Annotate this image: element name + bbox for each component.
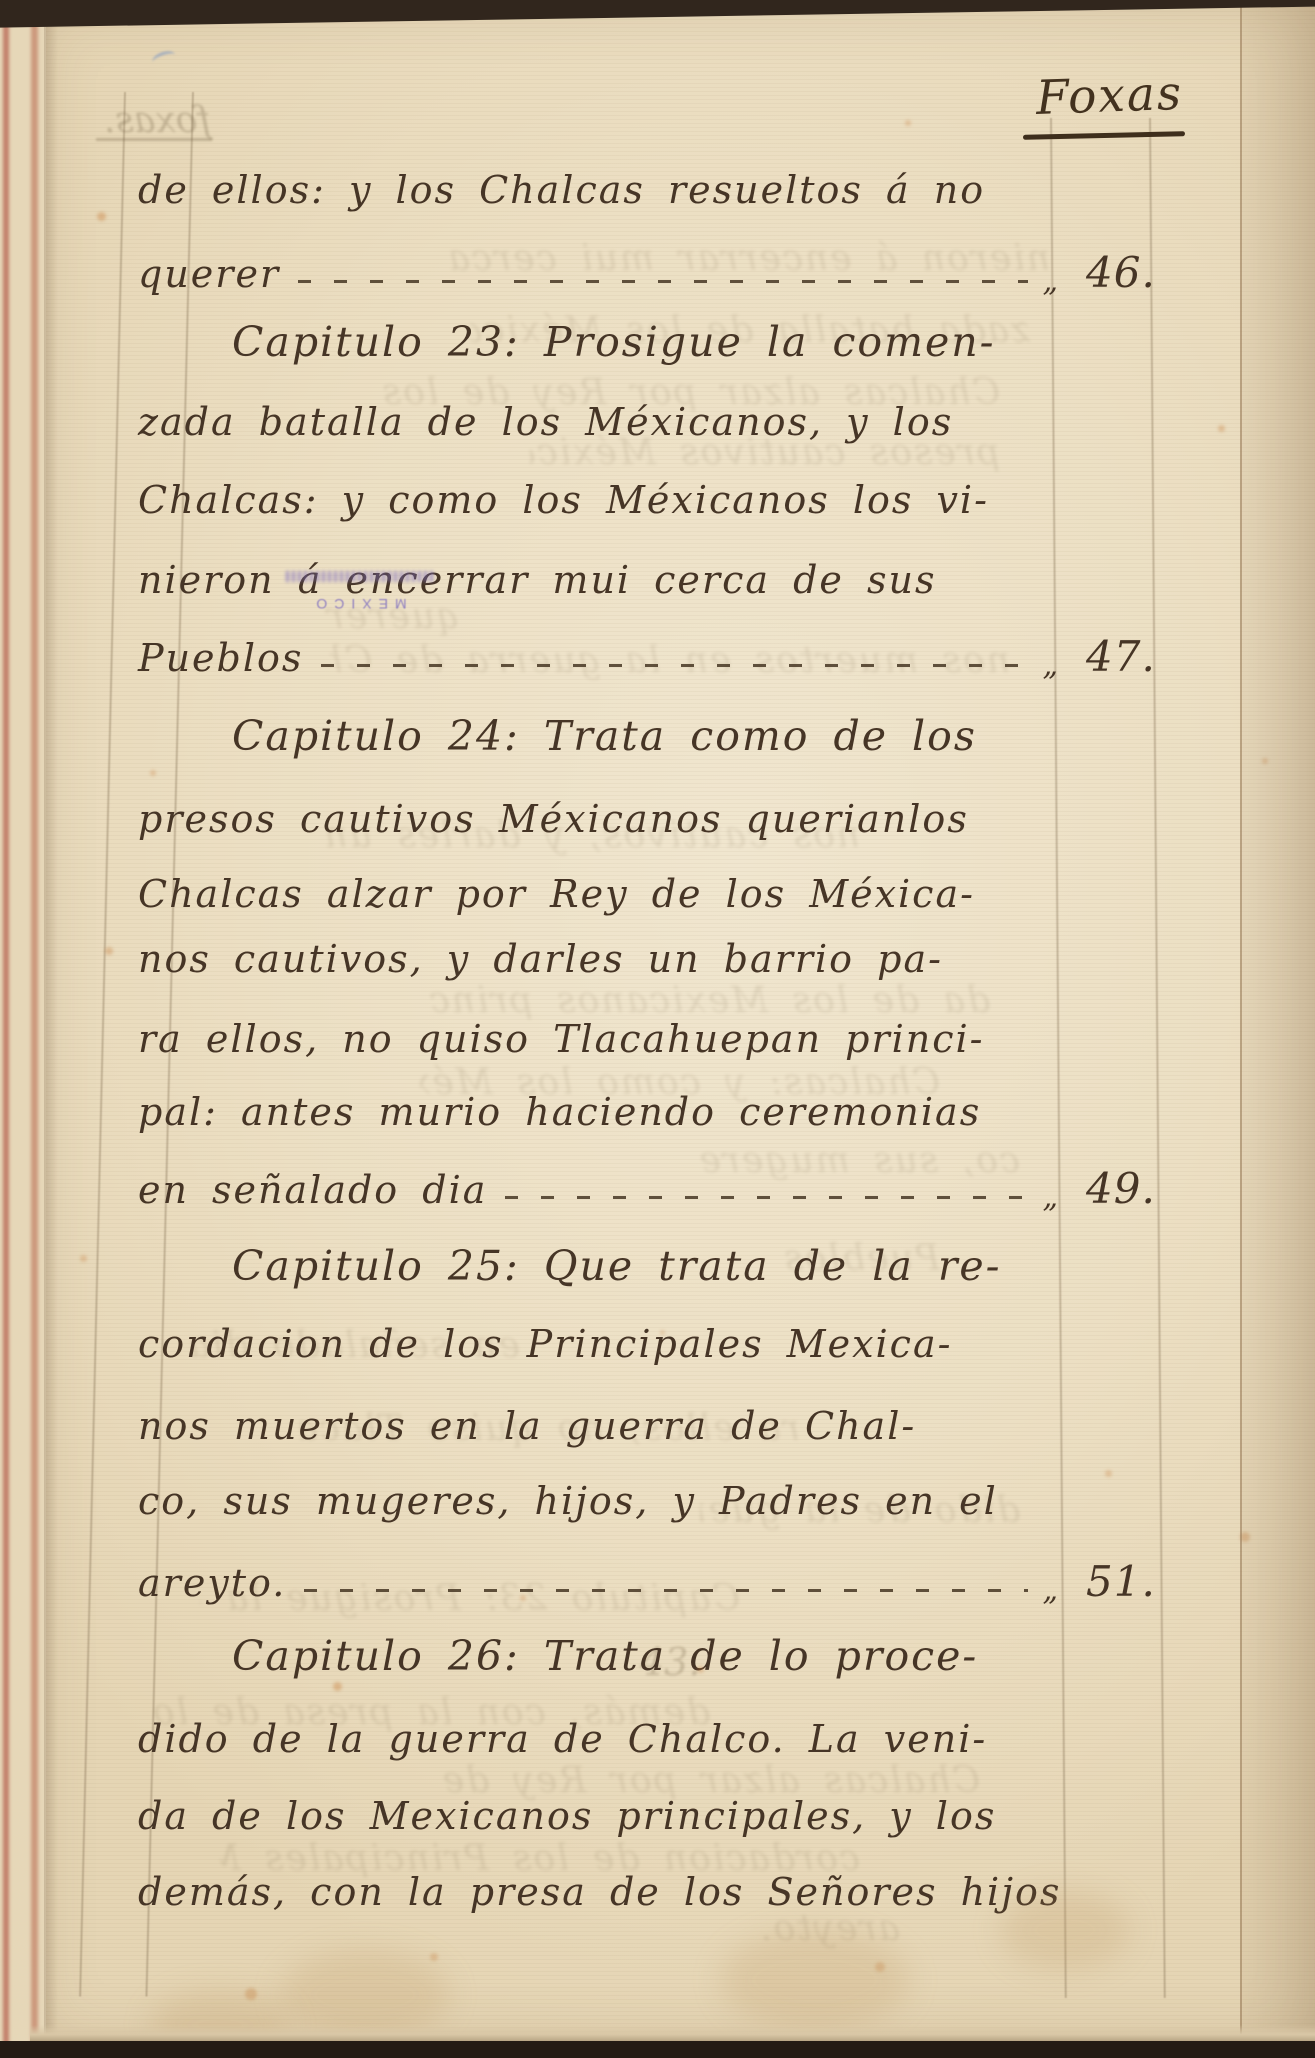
binding-bottom-band bbox=[0, 2041, 1315, 2058]
leader-end-mark: „ bbox=[1042, 1573, 1060, 1608]
toc-text-line: presos cautivos Méxicanos querianlos bbox=[138, 797, 1160, 841]
toc-text-line: pal: antes murio haciendo ceremonias bbox=[138, 1090, 1160, 1134]
toc-text-line: Pueblos„47. bbox=[138, 632, 1160, 681]
folio-number: 46. bbox=[1086, 248, 1160, 297]
line-text: Capitulo 23: Prosigue la comen- bbox=[232, 318, 996, 366]
line-text: presos cautivos Méxicanos querianlos bbox=[138, 797, 969, 841]
toc-text-line: querer„46. bbox=[138, 248, 1160, 297]
line-text: nos cautivos, y darles un barrio pa- bbox=[138, 937, 943, 981]
line-text: nieron á encerrar mui cerca de sus bbox=[138, 558, 936, 602]
folio-number: 51. bbox=[1086, 1557, 1160, 1606]
line-text: Chalcas: y como los Méxicanos los vi- bbox=[138, 478, 989, 522]
toc-text-line: zada batalla de los Méxicanos, y los bbox=[138, 400, 1160, 444]
chapter-heading-line: Capitulo 26: Trata de lo proce- bbox=[138, 1632, 1160, 1680]
line-text: querer bbox=[138, 252, 280, 296]
leader-end-mark: „ bbox=[1042, 1180, 1060, 1215]
line-text: ra ellos, no quiso Tlacahuepan princi- bbox=[138, 1017, 985, 1061]
page-fore-edge bbox=[1240, 4, 1315, 2044]
toc-text-line: areyto.„51. bbox=[138, 1557, 1160, 1606]
toc-text-line: nos muertos en la guerra de Chal- bbox=[138, 1404, 1160, 1448]
chapter-heading-line: Capitulo 25: Que trata de la re- bbox=[138, 1242, 1160, 1290]
line-text: Capitulo 26: Trata de lo proce- bbox=[232, 1632, 978, 1680]
line-text: de ellos: y los Chalcas resueltos á no bbox=[138, 168, 985, 212]
toc-text-line: da de los Mexicanos principales, y los bbox=[138, 1794, 1160, 1838]
dotted-leader bbox=[321, 664, 1028, 667]
line-text: Pueblos bbox=[138, 636, 303, 680]
leader-end-mark: „ bbox=[1042, 264, 1060, 299]
red-edge-streak bbox=[31, 0, 38, 2058]
line-text: zada batalla de los Méxicanos, y los bbox=[138, 400, 953, 444]
stamp-illegible-line bbox=[283, 571, 433, 582]
folio-number: 47. bbox=[1086, 632, 1160, 681]
toc-text-line: cordacion de los Principales Mexica- bbox=[138, 1322, 1160, 1366]
leader-end-mark: „ bbox=[1042, 648, 1060, 683]
stamp-word: MEXICO bbox=[278, 596, 438, 612]
chapter-heading-line: Capitulo 23: Prosigue la comen- bbox=[138, 318, 1160, 366]
line-text: demás, con la presa de los Señores hijos bbox=[138, 1870, 1061, 1914]
line-text: da de los Mexicanos principales, y los bbox=[138, 1794, 996, 1838]
manuscript-page-scan: foxas. nieron á encerrar mui cerca de su… bbox=[0, 0, 1315, 2058]
dotted-leader bbox=[304, 1589, 1028, 1592]
toc-text-line: ra ellos, no quiso Tlacahuepan princi- bbox=[138, 1017, 1160, 1061]
table-of-contents-lines: de ellos: y los Chalcas resueltos á noqu… bbox=[138, 0, 1160, 2058]
line-text: Chalcas alzar por Rey de los Méxica- bbox=[138, 872, 975, 916]
line-text: en señalado dia bbox=[138, 1168, 487, 1212]
toc-text-line: Chalcas alzar por Rey de los Méxica- bbox=[138, 872, 1160, 916]
toc-text-line: co, sus mugeres, hijos, y Padres en el bbox=[138, 1479, 1160, 1523]
folio-number: 49. bbox=[1086, 1164, 1160, 1213]
archive-stamp: MEXICO bbox=[278, 540, 438, 618]
toc-text-line: demás, con la presa de los Señores hijos bbox=[138, 1870, 1160, 1914]
line-text: areyto. bbox=[138, 1561, 286, 1605]
toc-text-line: nos cautivos, y darles un barrio pa- bbox=[138, 937, 1160, 981]
toc-text-line: dido de la guerra de Chalco. La veni- bbox=[138, 1717, 1160, 1761]
red-edge-streak bbox=[3, 0, 9, 2058]
toc-text-line: Chalcas: y como los Méxicanos los vi- bbox=[138, 478, 1160, 522]
dotted-leader bbox=[505, 1196, 1028, 1199]
toc-text-line: en señalado dia„49. bbox=[138, 1164, 1160, 1213]
line-text: co, sus mugeres, hijos, y Padres en el bbox=[138, 1479, 998, 1523]
toc-text-line: de ellos: y los Chalcas resueltos á no bbox=[138, 168, 1160, 212]
line-text: cordacion de los Principales Mexica- bbox=[138, 1322, 952, 1366]
dotted-leader bbox=[298, 280, 1028, 283]
line-text: nos muertos en la guerra de Chal- bbox=[138, 1404, 916, 1448]
book-page-edges bbox=[0, 0, 46, 2058]
line-text: Capitulo 24: Trata como de los bbox=[232, 712, 977, 760]
gutter-shadow bbox=[44, 0, 58, 2058]
line-text: Capitulo 25: Que trata de la re- bbox=[232, 1242, 1002, 1290]
chapter-heading-line: Capitulo 24: Trata como de los bbox=[138, 712, 1160, 760]
line-text: dido de la guerra de Chalco. La veni- bbox=[138, 1717, 987, 1761]
line-text: pal: antes murio haciendo ceremonias bbox=[138, 1090, 981, 1134]
